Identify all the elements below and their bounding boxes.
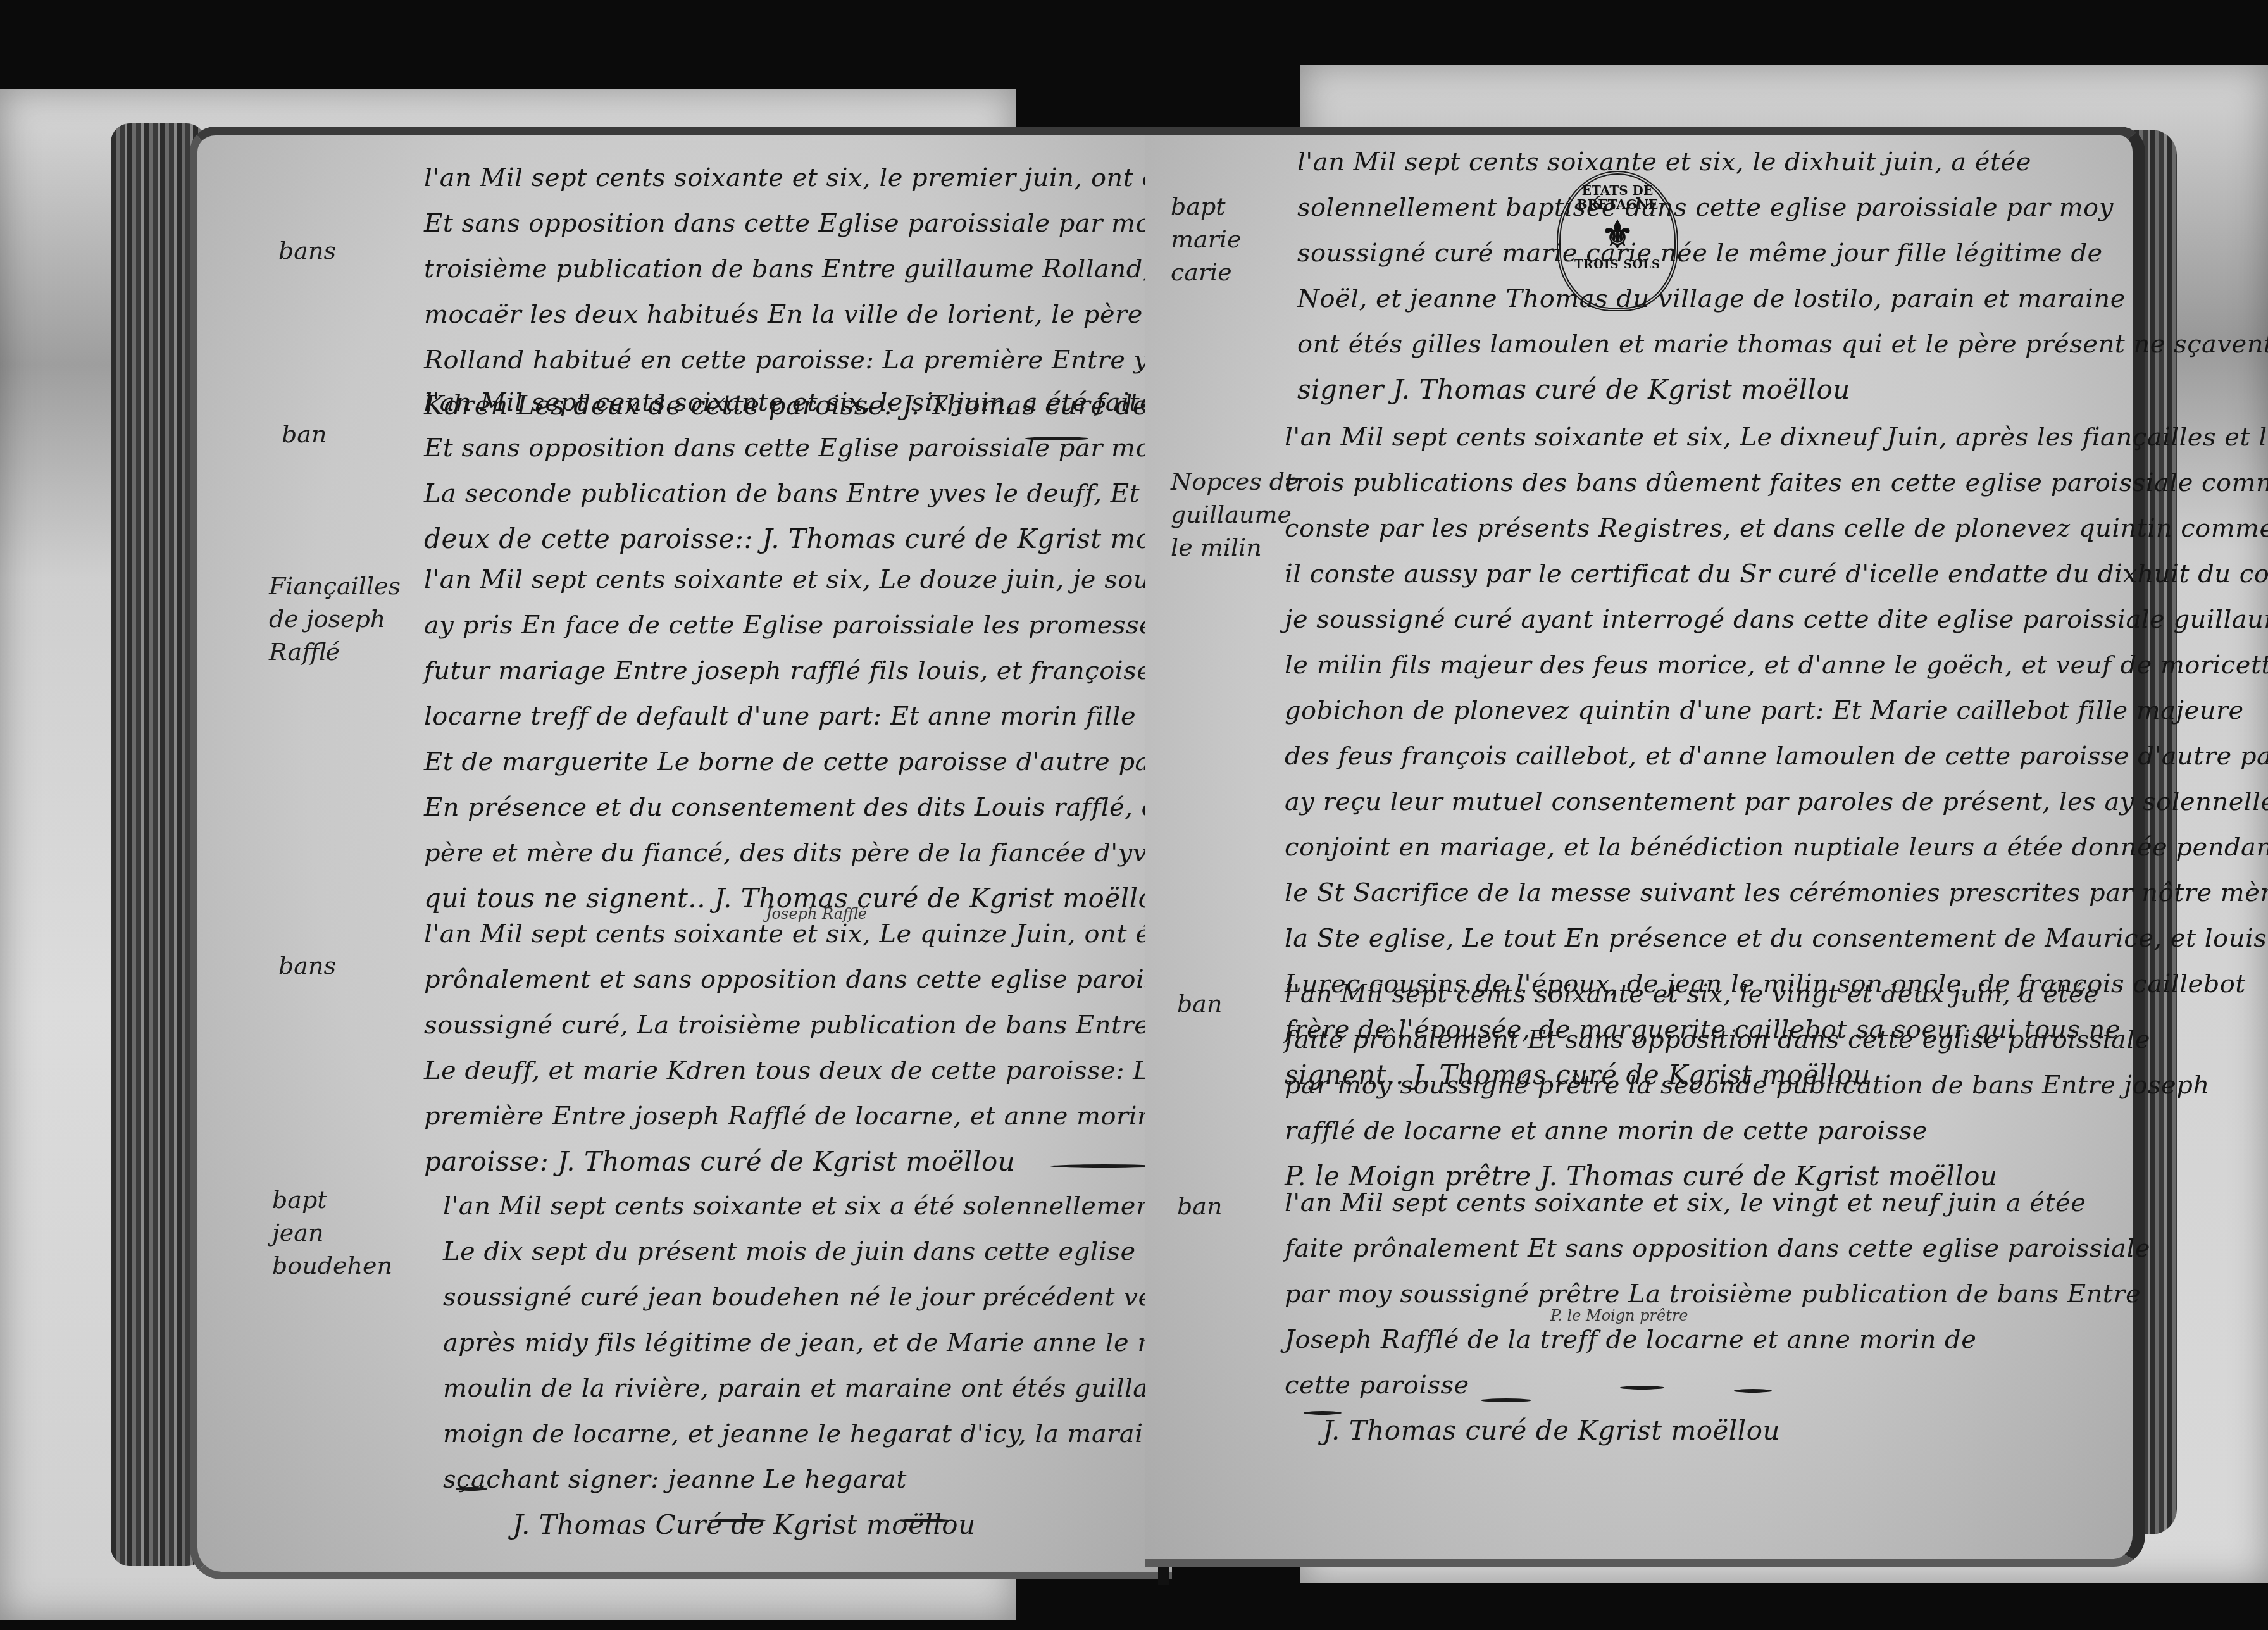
entry-line: l'an Mil sept cents soixante et six, le …	[1285, 971, 2210, 1017]
margin-note: ban	[1177, 1190, 1222, 1222]
dash-flourish	[1620, 1386, 1664, 1390]
dash-flourish	[709, 1519, 766, 1522]
entry-line: il conste aussy par le certificat du Sr …	[1285, 551, 2268, 597]
entry-line: l'an Mil sept cents soixante et six, Le …	[1285, 414, 2268, 460]
register-entry: l'an Mil sept cents soixante et six, le …	[1285, 1180, 2150, 1453]
entry-line: par moy soussigné prêtre la seconde publ…	[1285, 1062, 2210, 1108]
margin-note: bapt marie carie	[1171, 190, 1242, 289]
entry-line: l'an Mil sept cents soixante et six, le …	[1297, 139, 2268, 185]
entry-line: faite prônalement Et sans opposition dan…	[1285, 1226, 2150, 1271]
dash-flourish	[1304, 1411, 1342, 1415]
margin-note: bapt jean boudehen	[272, 1183, 392, 1282]
entry-line: la Ste eglise, Le tout En présence et du…	[1285, 916, 2268, 961]
margin-note: ban	[1177, 987, 1222, 1020]
entry-line: l'an Mil sept cents soixante et six, le …	[1285, 1180, 2150, 1226]
register-entry: l'an Mil sept cents soixante et six, le …	[1285, 971, 2210, 1199]
entry-line: ont étés gilles lamoulen et marie thomas…	[1297, 321, 2268, 367]
entry-line: le milin fils majeur des feus morice, et…	[1285, 642, 2268, 688]
margin-note: Fiançailles de joseph Rafflé	[269, 569, 401, 668]
margin-note: Nopces de guillaume le milin	[1171, 465, 1299, 564]
entry-line: gobichon de plonevez quintin d'une part:…	[1285, 688, 2268, 733]
entry-line: cette paroisse	[1285, 1362, 2150, 1408]
entry-line: des feus françois caillebot, et d'anne l…	[1285, 733, 2268, 779]
dash-flourish	[899, 1519, 949, 1522]
entry-line: faite prônalement Et sans opposition dan…	[1285, 1017, 2210, 1062]
entry-line: conste par les présents Registres, et da…	[1285, 506, 2268, 551]
entry-line: Joseph Rafflé de la treff de locarne et …	[1285, 1317, 2150, 1362]
entry-line: soussigné curé marie carie née le même j…	[1297, 230, 2268, 276]
entry-line: rafflé de locarne et anne morin de cette…	[1285, 1108, 2210, 1154]
entry-line: solennellement baptisée dans cette eglis…	[1297, 185, 2268, 230]
dash-flourish	[1481, 1398, 1531, 1402]
witness-signature: P. le Moign prêtre	[1550, 1307, 1688, 1324]
entry-signature-line: J. Thomas curé de Kgrist moëllou	[1285, 1408, 2150, 1453]
entry-line: je soussigné curé ayant interrogé dans c…	[1285, 597, 2268, 642]
dash-flourish	[1734, 1389, 1772, 1393]
entry-line: le St Sacrifice de la messe suivant les …	[1285, 870, 2268, 916]
dash-flourish	[456, 1487, 487, 1491]
entry-line: trois publications des bans dûement fait…	[1285, 460, 2268, 506]
register-entry: l'an Mil sept cents soixante et six, le …	[1297, 139, 2268, 413]
margin-note: bans	[278, 234, 336, 267]
entry-line: ay reçu leur mutuel consentement par par…	[1285, 779, 2268, 824]
entry-signature-line: signer J. Thomas curé de Kgrist moëllou	[1297, 367, 2268, 413]
margin-note: bans	[278, 949, 336, 982]
entry-line: Noël, et jeanne Thomas du village de los…	[1297, 276, 2268, 321]
margin-note: ban	[282, 418, 327, 451]
entry-line: par moy soussigné prêtre La troisième pu…	[1285, 1271, 2150, 1317]
signature-flourish	[1050, 1164, 1158, 1168]
entry-line: conjoint en mariage, et la bénédiction n…	[1285, 824, 2268, 870]
